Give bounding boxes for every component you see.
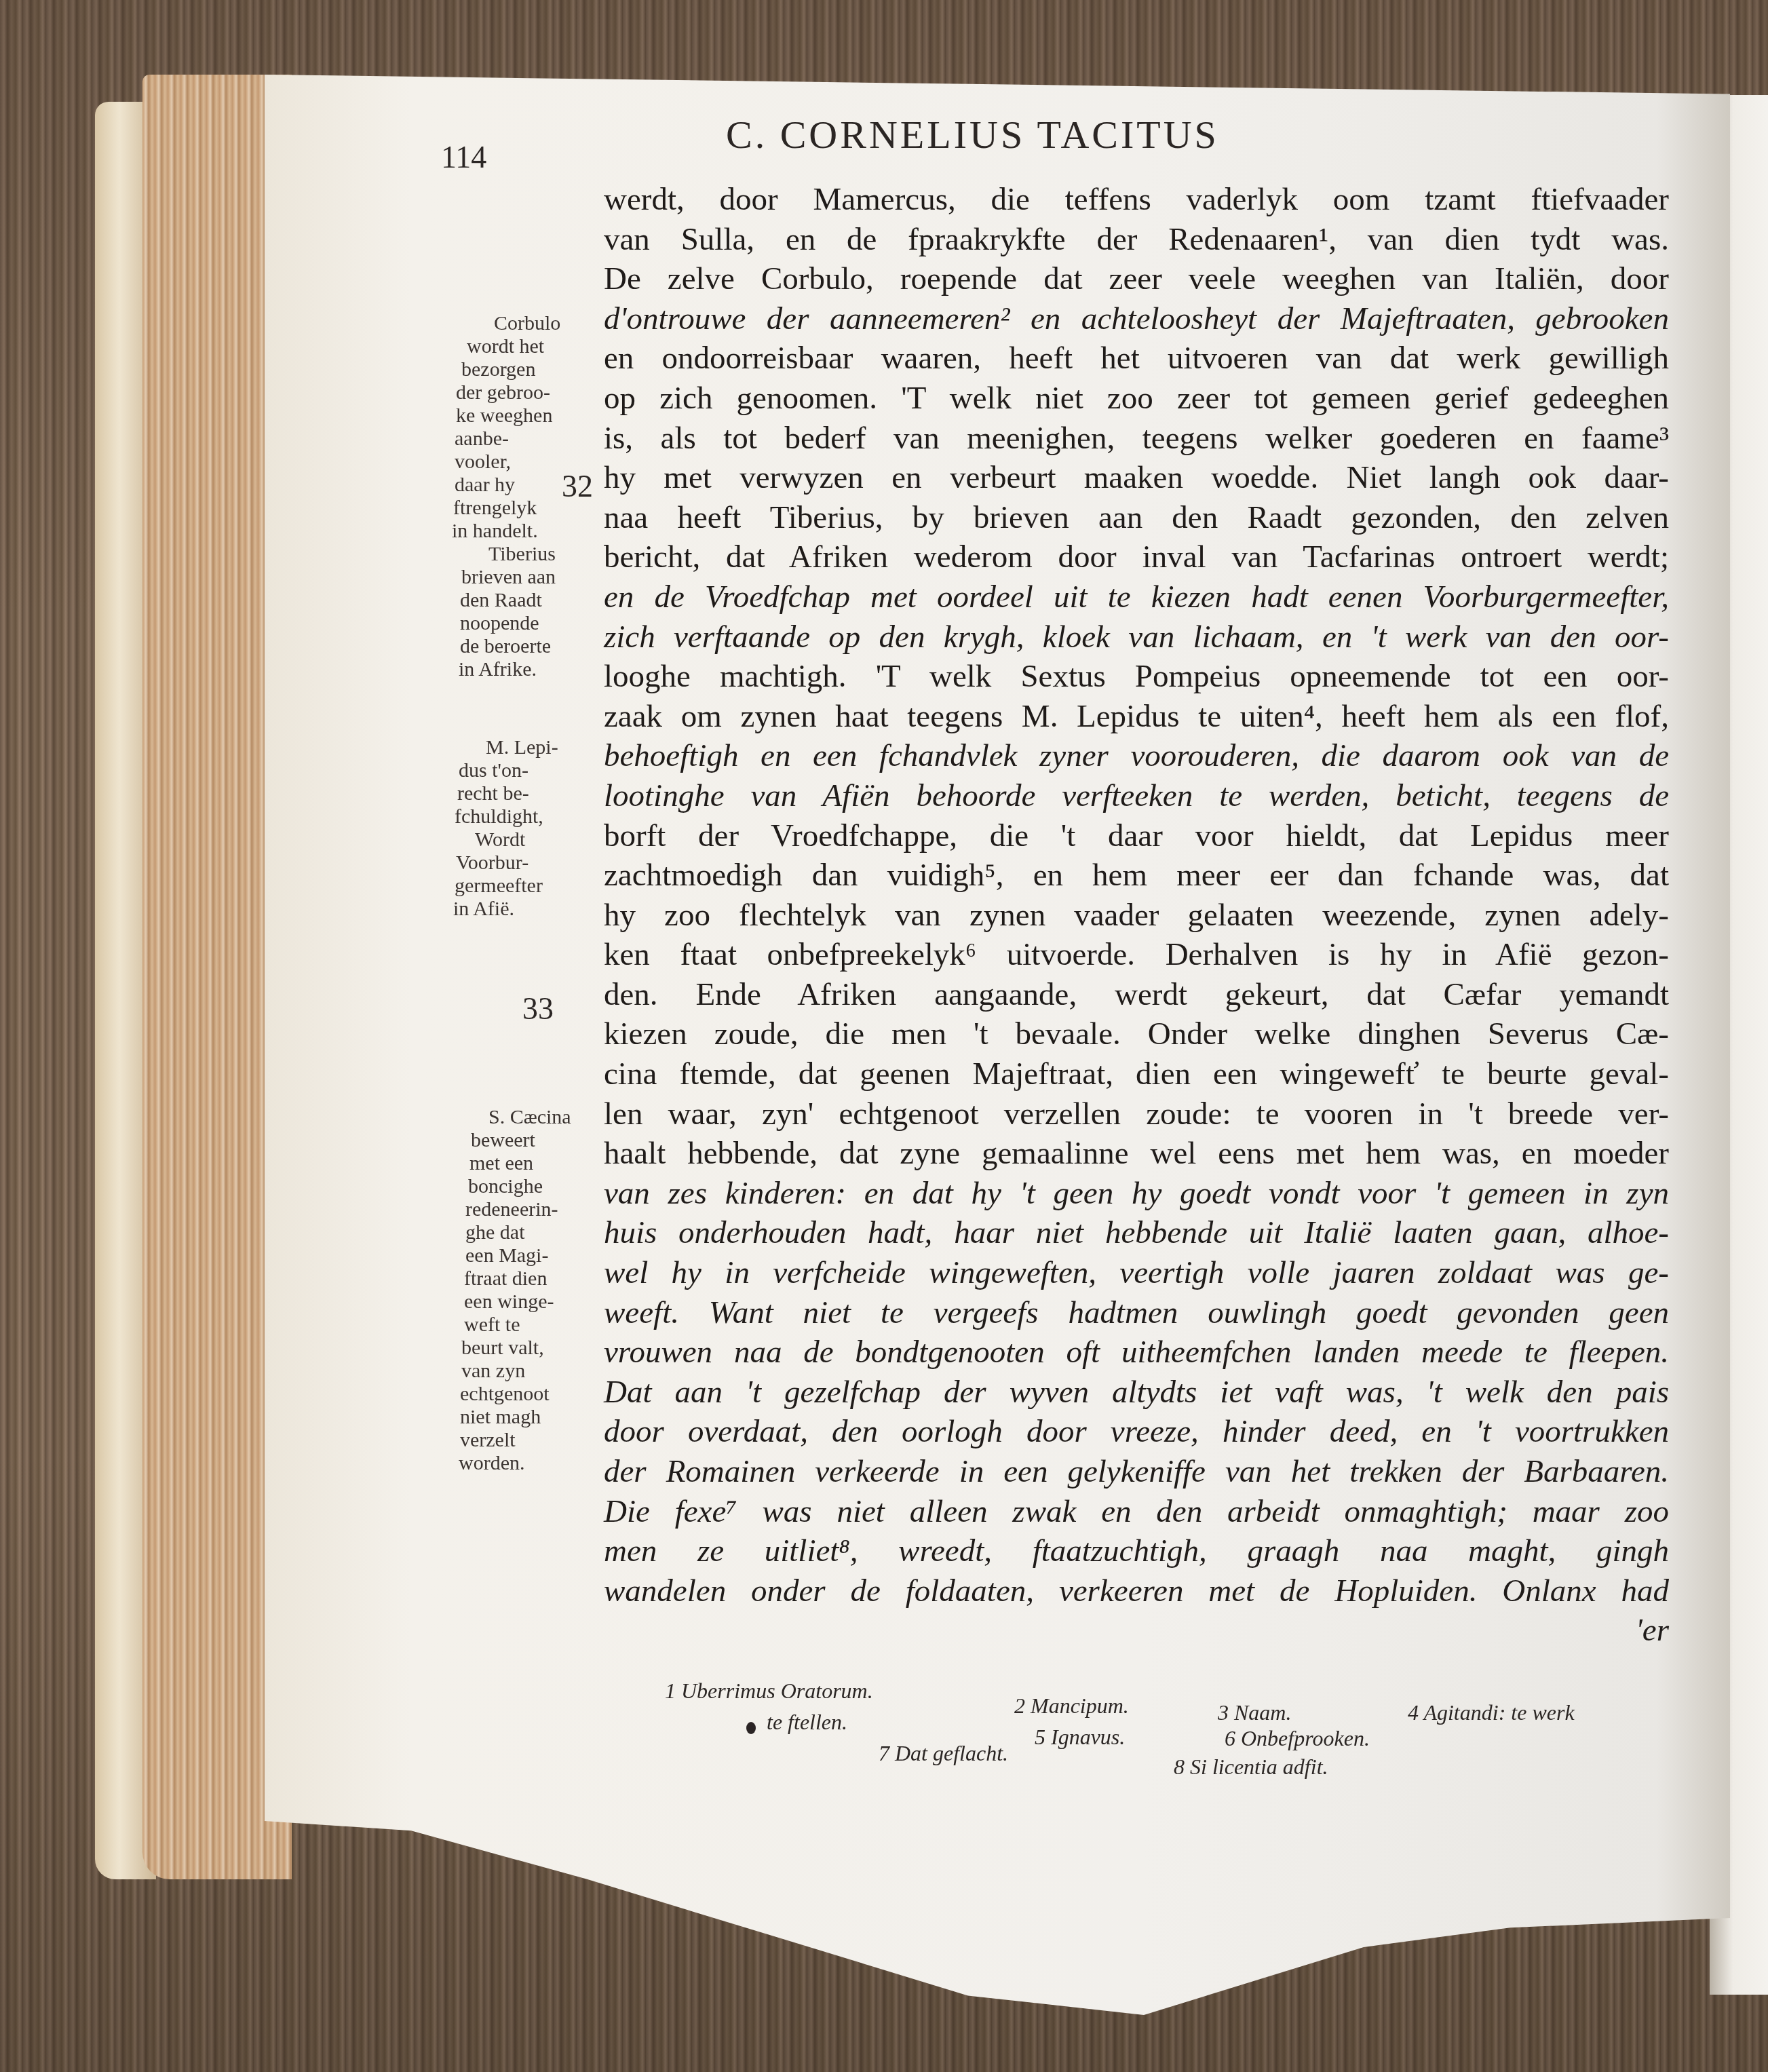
margin-line: ftraat dien	[448, 1267, 597, 1290]
margin-line: in Afrike.	[448, 658, 597, 681]
chapter-number-33: 33	[522, 991, 554, 1027]
text-line: Die fexe⁷ was niet alleen zwak en den ar…	[604, 1492, 1669, 1532]
footnote-text: Agitandi: te werk	[1423, 1700, 1574, 1725]
text-line: cina ftemde, dat geenen Majeftraat, dien…	[604, 1054, 1669, 1094]
margin-line: met een	[448, 1152, 597, 1175]
footnote-number: 4	[1408, 1700, 1419, 1725]
margin-line: S. Cæcina	[448, 1106, 597, 1129]
margin-line: aanbe-	[448, 427, 597, 450]
text-line: door overdaat, den oorlogh door vreeze, …	[604, 1412, 1669, 1452]
footnote-4: 4 Agitandi: te werk	[1408, 1700, 1575, 1725]
text-line: len waar, zyn' echtgenoot verzellen zoud…	[604, 1094, 1669, 1134]
margin-line: bezorgen	[448, 358, 597, 381]
text-line: der Romainen verkeerde in een gelykeniff…	[604, 1452, 1669, 1492]
text-line: Dat aan 't gezelfchap der wyven altydts …	[604, 1373, 1669, 1413]
chapter-number-32: 32	[562, 468, 593, 504]
footnote-4-continued: te ftellen.	[767, 1710, 847, 1735]
margin-line: redeneerin-	[448, 1198, 597, 1221]
footnote-text: Si licentia adfit.	[1190, 1754, 1328, 1779]
footnote-2: 2 Mancipum.	[1014, 1693, 1129, 1719]
text-line: wel hy in verfcheide wingeweften, veerti…	[604, 1253, 1669, 1293]
margin-line: noopende	[448, 612, 597, 635]
margin-line: fchuldight,	[448, 805, 597, 828]
margin-note-voorburgermeester: Wordt Voorbur- germeefter in Afië.	[448, 828, 597, 921]
footnote-5: 5 Ignavus.	[1035, 1725, 1125, 1750]
margin-line: beweert	[448, 1129, 597, 1152]
footnote-number: 7	[879, 1741, 889, 1765]
text-line: wandelen onder de foldaaten, verkeeren m…	[604, 1571, 1669, 1611]
ink-spot	[746, 1722, 756, 1734]
margin-line: M. Lepi-	[448, 736, 597, 759]
text-line: behoeftigh en een fchandvlek zyner vooro…	[604, 736, 1669, 776]
footnote-number: 6	[1225, 1726, 1235, 1750]
margin-line: Tiberius	[448, 543, 597, 566]
margin-line: wordt het	[448, 335, 597, 358]
margin-line: Corbulo	[448, 312, 597, 335]
footnote-text: Mancipum.	[1031, 1693, 1129, 1718]
text-line: kiezen zoude, die men 't bevaale. Onder …	[604, 1014, 1669, 1054]
text-line: en de Vroedfchap met oordeel uit te kiez…	[604, 577, 1669, 617]
footnote-number: 1	[665, 1678, 676, 1703]
margin-line: ke weeghen	[448, 404, 597, 427]
text-line: vrouwen naa de bondtgenooten oft uitheem…	[604, 1332, 1669, 1373]
margin-line: ghe dat	[448, 1221, 597, 1244]
text-line: van zes kinderen: en dat hy 't geen hy g…	[604, 1174, 1669, 1214]
text-line: zaak om zynen haat teegens M. Lepidus te…	[604, 697, 1669, 737]
footnotes: 1 Uberrimus Oratorum. 2 Mancipum. 3 Naam…	[665, 1676, 1628, 1784]
text-line: bericht, dat Afriken wederom door inval …	[604, 537, 1669, 577]
margin-line: der gebroo-	[448, 381, 597, 404]
text-line: borft der Vroedfchappe, die 't daar voor…	[604, 816, 1669, 856]
text-line: haalt hebbende, dat zyne gemaalinne wel …	[604, 1134, 1669, 1174]
margin-line: beurt valt,	[448, 1337, 597, 1360]
footnote-8: 8 Si licentia adfit.	[1174, 1754, 1328, 1780]
footnote-1: 1 Uberrimus Oratorum.	[665, 1678, 873, 1704]
footnote-3: 3 Naam.	[1218, 1700, 1291, 1725]
margin-line: brieven aan	[448, 566, 597, 589]
margin-note-lepidus: M. Lepi- dus t'on- recht be- fchuldight,	[448, 736, 597, 828]
margin-line: echtgenoot	[448, 1383, 597, 1406]
catchword: 'er	[604, 1611, 1669, 1651]
margin-line: niet magh	[448, 1406, 597, 1429]
margin-line: een winge-	[448, 1290, 597, 1313]
text-line: hy met verwyzen en verbeurt maaken woedd…	[604, 458, 1669, 498]
text-line: men ze uitliet⁸, wreedt, ftaatzuchtigh, …	[604, 1531, 1669, 1571]
margin-line: verzelt	[448, 1429, 597, 1452]
margin-line: in handelt.	[448, 520, 597, 543]
margin-line: boncighe	[448, 1175, 597, 1198]
margin-line: Wordt	[448, 828, 597, 851]
footnote-text: Naam.	[1234, 1700, 1291, 1725]
margin-line: worden.	[448, 1452, 597, 1475]
text-line: van Sulla, en de fpraakrykfte der Redena…	[604, 220, 1669, 260]
footnote-text: te ftellen.	[767, 1710, 847, 1734]
footnote-text: Dat geflacht.	[895, 1741, 1008, 1765]
text-line: De zelve Corbulo, roepende dat zeer veel…	[604, 259, 1669, 299]
text-line: is, als tot bederf van meenighen, teegen…	[604, 419, 1669, 459]
text-line: weeft. Want niet te vergeefs hadtmen ouw…	[604, 1293, 1669, 1333]
text-line: en ondoorreisbaar waaren, heeft het uitv…	[604, 339, 1669, 379]
text-line: lootinghe van Afiën behoorde verfteeken …	[604, 776, 1669, 816]
text-line: zachtmoedigh dan vuidigh⁵, en hem meer e…	[604, 856, 1669, 896]
margin-line: Voorbur-	[448, 851, 597, 875]
text-line: op zich genoomen. 'T welk niet zoo zeer …	[604, 379, 1669, 419]
text-line: hy zoo flechtelyk van zynen vaader gelaa…	[604, 896, 1669, 936]
text-line: werdt, door Mamercus, die teffens vaderl…	[604, 180, 1669, 220]
margin-line: van zyn	[448, 1360, 597, 1383]
margin-line: in Afië.	[448, 898, 597, 921]
text-line: den. Ende Afriken aangaande, werdt gekeu…	[604, 975, 1669, 1015]
margin-line: weft te	[448, 1313, 597, 1337]
footnote-number: 5	[1035, 1725, 1045, 1749]
text-line: ken ftaat onbefpreekelyk⁶ uitvoerde. Der…	[604, 935, 1669, 975]
page-number: 114	[441, 139, 486, 175]
footnote-number: 3	[1218, 1700, 1229, 1725]
margin-line: recht be-	[448, 782, 597, 805]
margin-note-caecina: S. Cæcina beweert met een boncighe reden…	[448, 1106, 597, 1475]
margin-note-corbulo: Corbulo wordt het bezorgen der gebroo- k…	[448, 312, 597, 543]
margin-line: de beroerte	[448, 635, 597, 658]
footnote-text: Onbefprooken.	[1241, 1726, 1370, 1750]
running-title: C. CORNELIUS TACITUS	[726, 112, 1219, 157]
margin-line: dus t'on-	[448, 759, 597, 782]
text-line: d'ontrouwe der aanneemeren² en achteloos…	[604, 299, 1669, 339]
footnote-number: 8	[1174, 1754, 1185, 1779]
text-line: naa heeft Tiberius, by brieven aan den R…	[604, 498, 1669, 538]
footnote-6: 6 Onbefprooken.	[1225, 1726, 1370, 1751]
margin-line: germeefter	[448, 875, 597, 898]
footnote-7: 7 Dat geflacht.	[879, 1741, 1008, 1766]
margin-note-tiberius: Tiberius brieven aan den Raadt noopende …	[448, 543, 597, 681]
footnote-text: Ignavus.	[1051, 1725, 1125, 1749]
footnote-number: 2	[1014, 1693, 1025, 1718]
text-line: huis onderhouden hadt, haar niet hebbend…	[604, 1213, 1669, 1253]
text-line: zich verftaande op den krygh, kloek van …	[604, 617, 1669, 657]
margin-line: een Magi-	[448, 1244, 597, 1267]
margin-line: den Raadt	[448, 589, 597, 612]
footnote-text: Uberrimus Oratorum.	[681, 1678, 873, 1703]
text-line: looghe machtigh. 'T welk Sextus Pompeius…	[604, 657, 1669, 697]
main-text: werdt, door Mamercus, die teffens vaderl…	[604, 180, 1669, 1651]
